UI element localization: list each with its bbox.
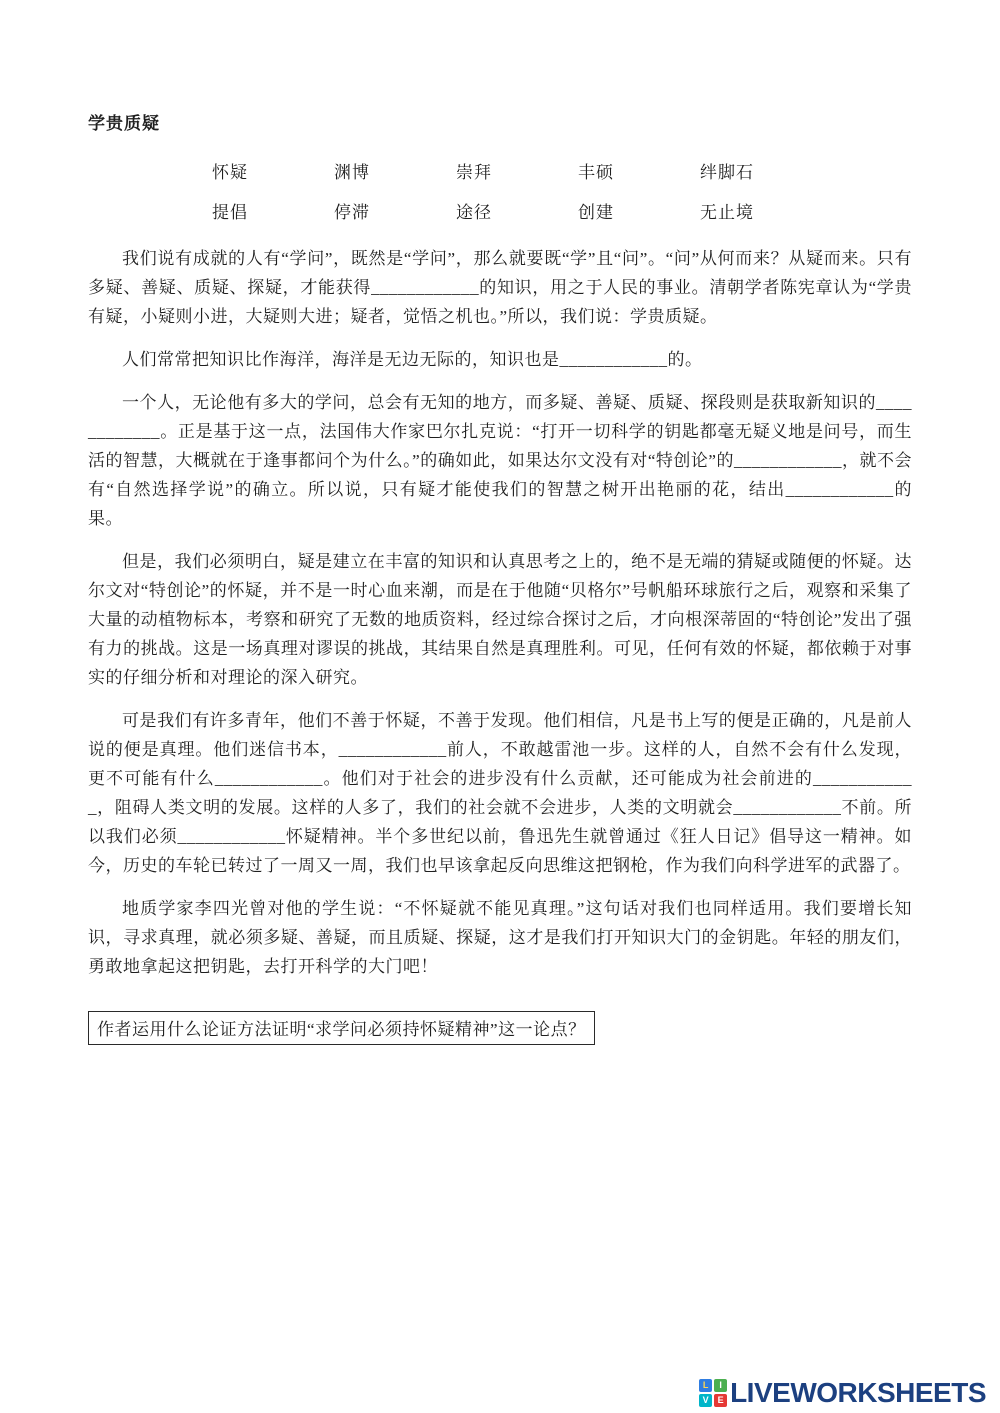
- word-bank-item: 怀疑: [212, 158, 334, 183]
- logo-tile-v: V: [699, 1394, 712, 1407]
- paragraph: 一个人，无论他有多大的学问，总会有无知的地方，而多疑、善疑、质疑、探段则是获取新…: [88, 388, 912, 533]
- worksheet-page: 学贵质疑 怀疑 渊博 崇拜 丰硕 绊脚石 提倡 停滞 途径 创建 无止境 我们说…: [0, 0, 1000, 1413]
- word-bank: 怀疑 渊博 崇拜 丰硕 绊脚石 提倡 停滞 途径 创建 无止境: [212, 150, 912, 230]
- paragraph: 人们常常把知识比作海洋，海洋是无边无际的，知识也是____________的。: [88, 345, 912, 374]
- word-bank-item: 提倡: [212, 198, 334, 223]
- brand-wordmark: LIVEWORKSHEETS: [730, 1377, 986, 1409]
- liveworksheets-logo: L I V E LIVEWORKSHEETS: [699, 1377, 986, 1409]
- word-bank-row: 提倡 停滞 途径 创建 无止境: [212, 190, 912, 230]
- logo-tile-i: I: [714, 1379, 727, 1392]
- word-bank-item: 停滞: [334, 198, 456, 223]
- word-bank-row: 怀疑 渊博 崇拜 丰硕 绊脚石: [212, 150, 912, 190]
- word-bank-item: 绊脚石: [700, 158, 822, 183]
- word-bank-item: 渊博: [334, 158, 456, 183]
- logo-tile-e: E: [714, 1394, 727, 1407]
- liveworksheets-grid-icon: L I V E: [699, 1379, 727, 1407]
- word-bank-item: 无止境: [700, 198, 822, 223]
- paragraph: 我们说有成就的人有“学问”，既然是“学问”，那么就要既“学”且“问”。“问”从何…: [88, 244, 912, 331]
- paragraph: 但是，我们必须明白，疑是建立在丰富的知识和认真思考之上的，绝不是无端的猜疑或随便…: [88, 547, 912, 692]
- passage: 我们说有成就的人有“学问”，既然是“学问”，那么就要既“学”且“问”。“问”从何…: [88, 244, 912, 981]
- word-bank-item: 创建: [578, 198, 700, 223]
- worksheet-content: 学贵质疑 怀疑 渊博 崇拜 丰硕 绊脚石 提倡 停滞 途径 创建 无止境 我们说…: [88, 112, 912, 1045]
- word-bank-item: 丰硕: [578, 158, 700, 183]
- logo-tile-l: L: [699, 1379, 712, 1392]
- word-bank-item: 途径: [456, 198, 578, 223]
- paragraph: 地质学家李四光曾对他的学生说：“不怀疑就不能见真理。”这句话对我们也同样适用。我…: [88, 894, 912, 981]
- word-bank-item: 崇拜: [456, 158, 578, 183]
- paragraph: 可是我们有许多青年，他们不善于怀疑，不善于发现。他们相信，凡是书上写的便是正确的…: [88, 706, 912, 880]
- page-title: 学贵质疑: [88, 112, 912, 136]
- question-box: 作者运用什么论证方法证明“求学问必须持怀疑精神”这一论点？: [88, 1011, 595, 1045]
